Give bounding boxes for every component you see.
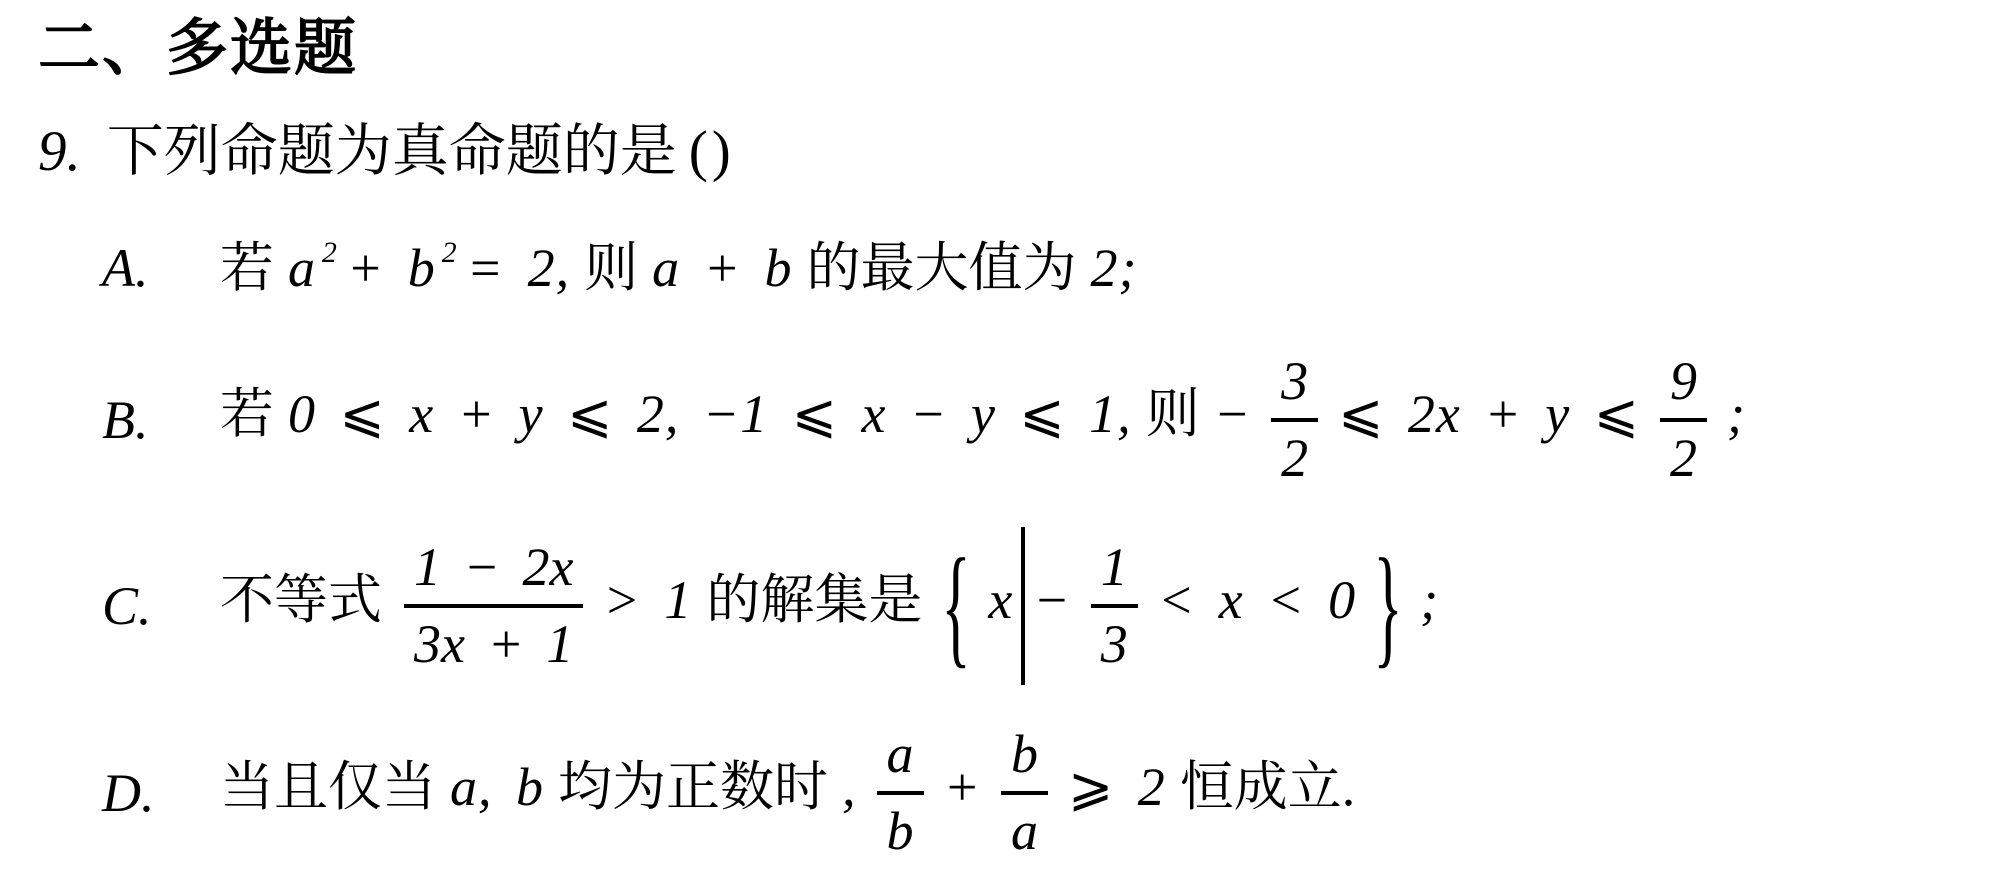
option-content-a: 若a2+ b2= 2,则a + b的最大值为2;	[212, 236, 1144, 299]
left-brace: {	[942, 529, 971, 683]
fraction: 13	[1091, 540, 1138, 672]
fraction-numerator: b	[1001, 727, 1048, 795]
math-text: < x < 0	[1158, 570, 1356, 630]
option-row-b: B. 若0 ⩽ x + y ⩽ 2, −1 ⩽ x − y ⩽ 1,则−32⩽ …	[102, 345, 2000, 495]
option-row-c: C. 不等式1 − 2x3x + 1> 1的解集是{x−13< x < 0};	[102, 521, 2000, 691]
option-row-d: D. 当且仅当a, b均为正数时,ab+ba⩾ 2恒成立.	[102, 713, 2000, 873]
fraction-denominator: b	[877, 795, 924, 859]
chinese-text: 若	[220, 238, 274, 298]
fraction-denominator: a	[1001, 795, 1048, 859]
math-text: + b	[347, 238, 436, 298]
math-text: 2;	[1091, 238, 1138, 298]
chinese-text: 均为正数时	[558, 757, 828, 817]
fraction: 1 − 2x3x + 1	[404, 540, 583, 672]
option-label-a: A.	[102, 237, 178, 299]
math-text: ⩽ 2x + y ⩽	[1338, 384, 1640, 444]
superscript: 2	[442, 237, 457, 269]
math-text: +	[944, 757, 981, 817]
math-text: a + b	[652, 238, 792, 298]
fraction: ba	[1001, 727, 1048, 859]
math-text: 0 ⩽ x + y ⩽ 2, −1 ⩽ x − y ⩽ 1,	[288, 384, 1132, 444]
option-label-b: B.	[102, 389, 178, 451]
chinese-text: 不等式	[220, 570, 382, 630]
fraction-numerator: 1	[1091, 540, 1138, 608]
math-text: ,	[842, 757, 857, 817]
math-text: a	[288, 238, 316, 298]
fraction: 92	[1660, 354, 1707, 486]
answer-parentheses: ()	[689, 120, 735, 183]
exam-document-page: 二、多选题 9.下列命题为真命题的是() A. 若a2+ b2= 2,则a + …	[0, 0, 2000, 879]
chinese-text: 则	[1146, 384, 1200, 444]
math-text: x	[988, 570, 1013, 630]
set-divider-bar	[1021, 527, 1025, 685]
chinese-text: 则	[584, 238, 638, 298]
option-content-b: 若0 ⩽ x + y ⩽ 2, −1 ⩽ x − y ⩽ 1,则−32⩽ 2x …	[212, 354, 1752, 486]
superscript: 2	[322, 237, 337, 269]
fraction-numerator: 3	[1271, 354, 1318, 422]
math-text: > 1	[603, 570, 692, 630]
fraction: 32	[1271, 354, 1318, 486]
question-number: 9.	[38, 120, 81, 183]
fraction-numerator: 9	[1660, 354, 1707, 422]
option-label-c: C.	[102, 575, 178, 637]
math-text: ;	[1420, 570, 1439, 630]
question-text: 下列命题为真命题的是	[107, 120, 677, 183]
fraction-denominator: 3	[1091, 608, 1138, 672]
question-line: 9.下列命题为真命题的是()	[38, 119, 2000, 185]
chinese-text: 恒成立.	[1180, 757, 1356, 817]
option-content-c: 不等式1 − 2x3x + 1> 1的解集是{x−13< x < 0};	[212, 527, 1445, 685]
fraction: ab	[877, 727, 924, 859]
chinese-text: 若	[220, 384, 274, 444]
chinese-text: 当且仅当	[220, 757, 436, 817]
option-content-d: 当且仅当a, b均为正数时,ab+ba⩾ 2恒成立.	[212, 727, 1363, 859]
chinese-text: 的解集是	[706, 570, 922, 630]
math-text: ⩾ 2	[1068, 757, 1166, 817]
fraction-numerator: a	[877, 727, 924, 795]
math-text: ;	[1727, 384, 1746, 444]
math-text: = 2,	[467, 238, 570, 298]
option-row-a: A. 若a2+ b2= 2,则a + b的最大值为2;	[102, 231, 2000, 305]
right-brace: }	[1373, 529, 1402, 683]
option-label-d: D.	[102, 762, 178, 824]
math-text: a, b	[450, 757, 544, 817]
fraction-denominator: 2	[1271, 422, 1318, 486]
fraction-denominator: 2	[1660, 422, 1707, 486]
math-text: −	[1214, 384, 1251, 444]
options-list: A. 若a2+ b2= 2,则a + b的最大值为2; B. 若0 ⩽ x + …	[102, 231, 2000, 873]
fraction-numerator: 1 − 2x	[404, 540, 583, 608]
section-heading: 二、多选题	[38, 14, 2000, 85]
fraction-denominator: 3x + 1	[404, 608, 583, 672]
math-text: −	[1033, 570, 1070, 630]
chinese-text: 的最大值为	[807, 238, 1077, 298]
